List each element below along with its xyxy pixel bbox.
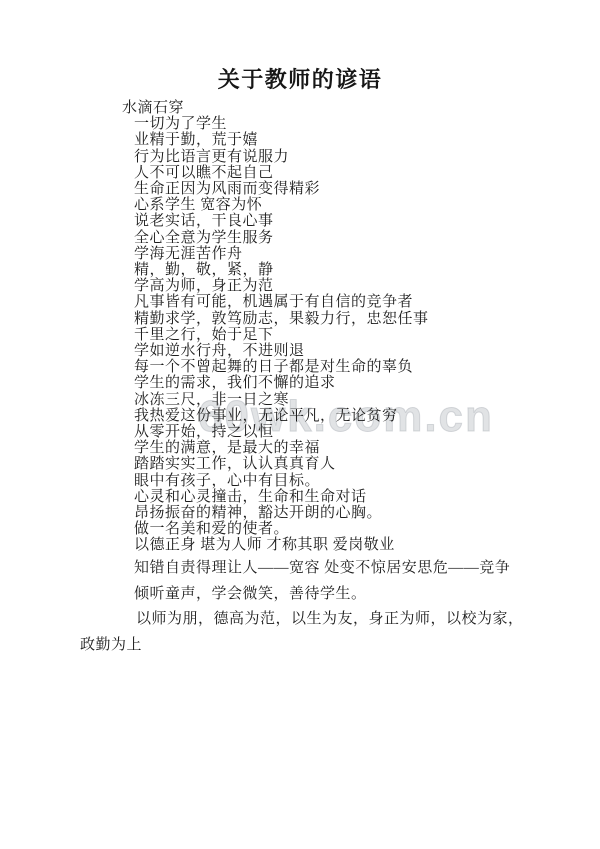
page-title: 关于教师的谚语 (0, 63, 600, 94)
proverb-line: 生命正因为风雨而变得精彩 (134, 181, 429, 197)
proverb-line: 心系学生 宽容为怀 (134, 197, 429, 213)
proverb-line: 人不可以瞧不起自己 (134, 165, 429, 181)
proverb-line: 业精于勤，荒于嬉 (134, 132, 429, 148)
proverb-line: 凡事皆有可能，机遇属于有自信的竞争者 (134, 294, 429, 310)
proverb-line: 踏踏实实工作，认认真真育人 (134, 456, 429, 472)
document-page: 关于教师的谚语 60wk.com.cn 水滴石穿一切为了学生业精于勤，荒于嬉行为… (0, 0, 600, 849)
proverb-line: 精，勤，敬，紧，静 (134, 262, 429, 278)
proverb-line: 全心全意为学生服务 (134, 230, 429, 246)
proverb-line: 学如逆水行舟，不进则退 (134, 343, 429, 359)
closing-line: 倾听童声，学会微笑，善待学生。 (134, 582, 530, 608)
proverb-line: 学海无涯苦作舟 (134, 246, 429, 262)
proverb-line: 冰冻三尺，非一日之寒 (134, 392, 429, 408)
proverb-line: 水滴石穿 (122, 100, 429, 116)
closing-paragraph: 知错自责得理让人——宽容 处变不惊居安思危——竞争倾听童声，学会微笑，善待学生。… (80, 556, 530, 658)
proverb-line: 精勤求学，敦笃励志，果毅力行，忠恕任事 (134, 311, 429, 327)
proverb-line: 每一个不曾起舞的日子都是对生命的辜负 (134, 359, 429, 375)
proverb-list: 水滴石穿一切为了学生业精于勤，荒于嬉行为比语言更有说服力人不可以瞧不起自己生命正… (134, 100, 429, 554)
proverb-line: 说老实话，干良心事 (134, 213, 429, 229)
proverb-line: 昂扬振奋的精神，豁达开朗的心胸。 (134, 505, 429, 521)
closing-line: 知错自责得理让人——宽容 处变不惊居安思危——竞争 (134, 556, 530, 582)
proverb-line: 学生的满意，是最大的幸福 (134, 440, 429, 456)
proverb-line: 从零开始，持之以恒 (134, 424, 429, 440)
proverb-line: 千里之行，始于足下 (134, 327, 429, 343)
proverb-line: 学高为师，身正为范 (134, 278, 429, 294)
proverb-line: 我热爱这份事业，无论平凡，无论贫穷 (134, 408, 429, 424)
proverb-line: 心灵和心灵撞击，生命和生命对话 (134, 489, 429, 505)
closing-line: 以师为朋，德高为范，以生为友，身正为师，以校为家，政勤为上 (80, 607, 530, 658)
proverb-line: 做一名美和爱的使者。 (134, 521, 429, 537)
proverb-line: 眼中有孩子，心中有目标。 (134, 473, 429, 489)
proverb-line: 一切为了学生 (134, 116, 429, 132)
proverb-line: 以德正身 堪为人师 才称其职 爱岗敬业 (134, 537, 429, 553)
proverb-line: 学生的需求，我们不懈的追求 (134, 375, 429, 391)
proverb-line: 行为比语言更有说服力 (134, 149, 429, 165)
